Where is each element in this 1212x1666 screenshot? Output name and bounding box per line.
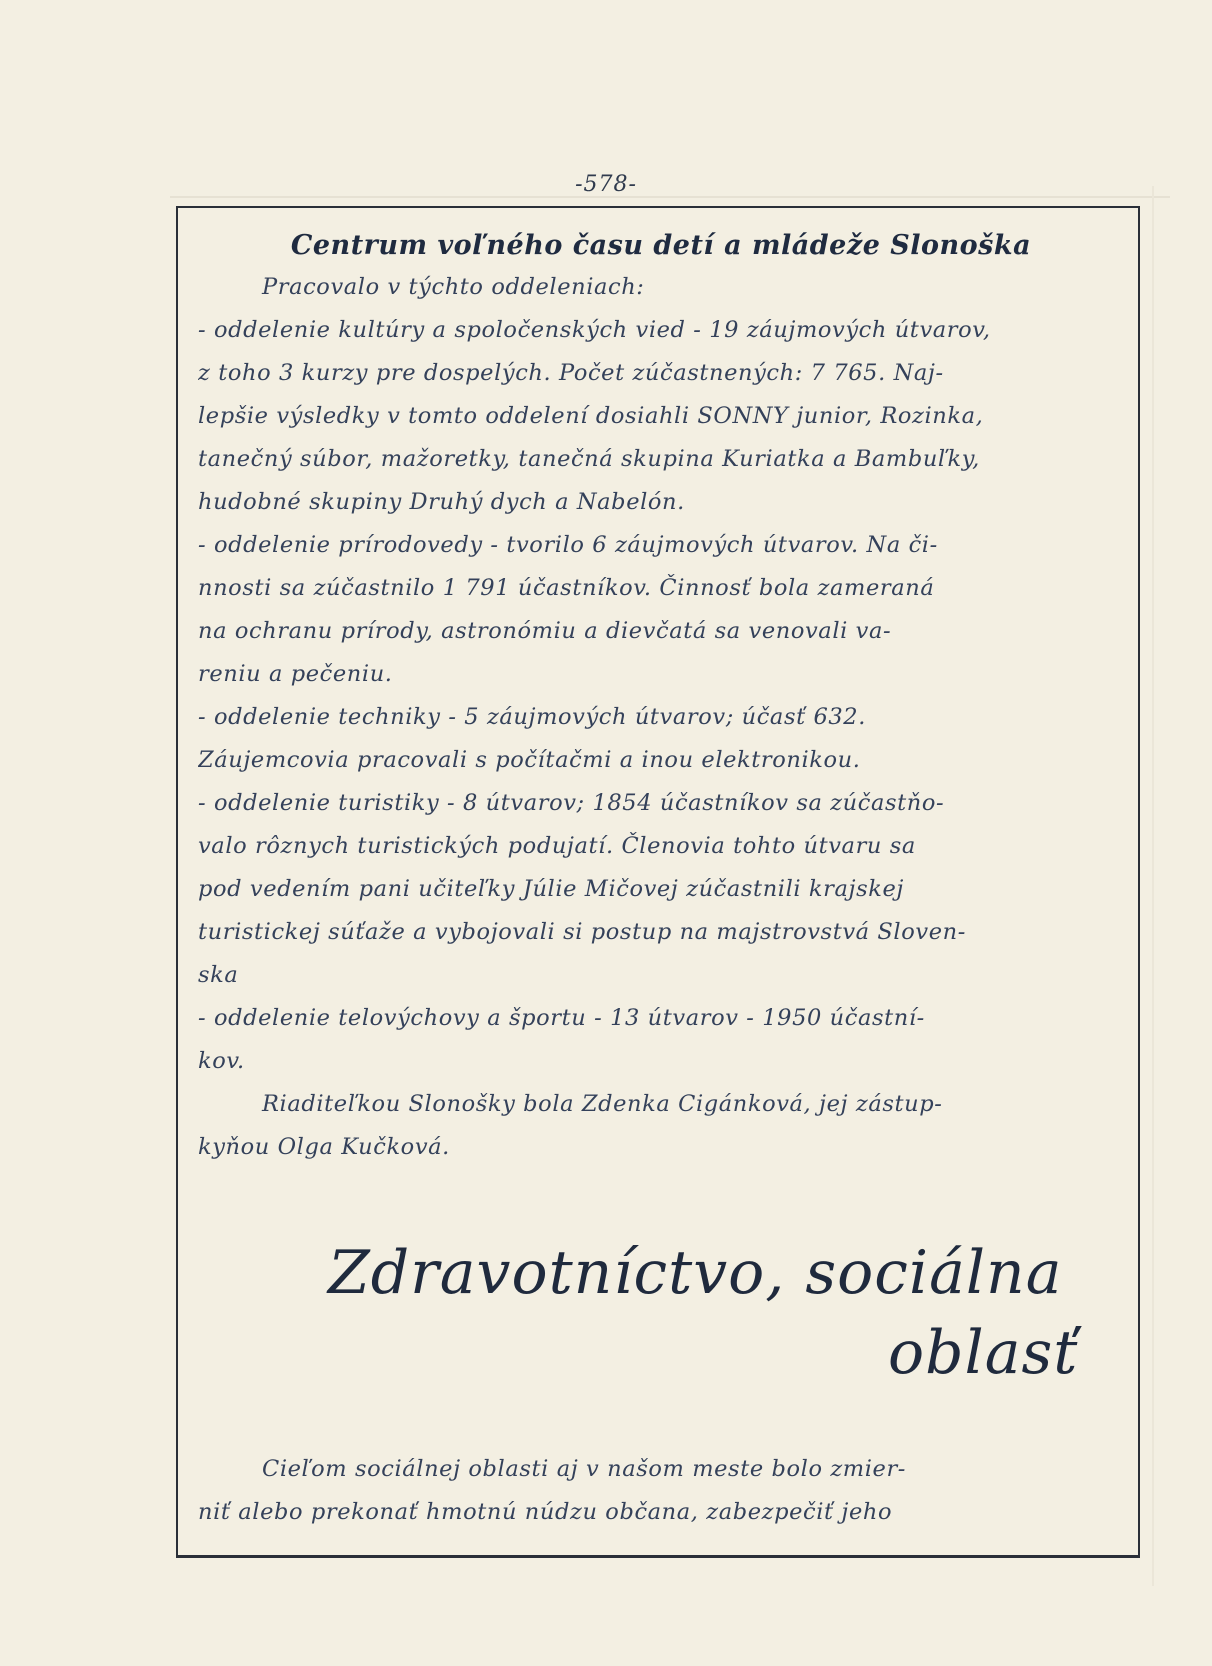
text-line: hudobné skupiny Druhý dych a Nabelón. [198, 481, 1124, 524]
text-line: Pracovalo v týchto oddeleniach: [198, 266, 1124, 309]
page-number: -578- [0, 172, 1212, 197]
text-line: lepšie výsledky v tomto oddelení dosiahl… [198, 395, 1124, 438]
section-social-text: Cieľom sociálnej oblasti aj v našom mest… [198, 1448, 1124, 1534]
text-line: kyňou Olga Kučková. [198, 1126, 1124, 1169]
section-heading: Centrum voľného času detí a mládeže Slon… [198, 226, 1124, 266]
text-line: valo rôznych turistických podujatí. Člen… [198, 825, 1124, 868]
text-line: ska [198, 954, 1124, 997]
text-line: z toho 3 kurzy pre dospelých. Počet zúča… [198, 352, 1124, 395]
page-frame: Centrum voľného času detí a mládeže Slon… [176, 206, 1140, 1558]
text-line: nnosti sa zúčastnilo 1 791 účastníkov. Č… [198, 567, 1124, 610]
text-line: Cieľom sociálnej oblasti aj v našom mest… [198, 1448, 1124, 1491]
text-line: reniu a pečeniu. [198, 653, 1124, 696]
text-line: tanečný súbor, mažoretky, tanečná skupin… [198, 438, 1124, 481]
section-cvc-slonoska: Centrum voľného času detí a mládeže Slon… [198, 208, 1124, 1169]
text-line: - oddelenie telovýchovy a športu - 13 út… [198, 997, 1124, 1040]
text-line: kov. [198, 1040, 1124, 1083]
text-line: Záujemcovia pracovali s počítačmi a inou… [198, 739, 1124, 782]
text-line: - oddelenie turistiky - 8 útvarov; 1854 … [198, 782, 1124, 825]
text-line: - oddelenie kultúry a spoločenských vied… [198, 309, 1124, 352]
text-line: pod vedením pani učiteľky Júlie Mičovej … [198, 868, 1124, 911]
text-line: Riaditeľkou Slonošky bola Zdenka Cigánko… [198, 1083, 1124, 1126]
text-line: niť alebo prekonať hmotnú núdzu občana, … [198, 1491, 1124, 1534]
text-line: turistickej súťaže a vybojovali si postu… [198, 911, 1124, 954]
text-line: - oddelenie prírodovedy - tvorilo 6 záuj… [198, 524, 1124, 567]
text-line: na ochranu prírody, astronómiu a dievčat… [198, 610, 1124, 653]
text-line: - oddelenie techniky - 5 záujmových útva… [198, 696, 1124, 739]
section-title-oblast: oblasť [888, 1318, 1078, 1388]
section-title-zdravotnictvo: Zdravotníctvo, sociálna [328, 1238, 1062, 1308]
bleed-through-edge [1152, 186, 1154, 1586]
